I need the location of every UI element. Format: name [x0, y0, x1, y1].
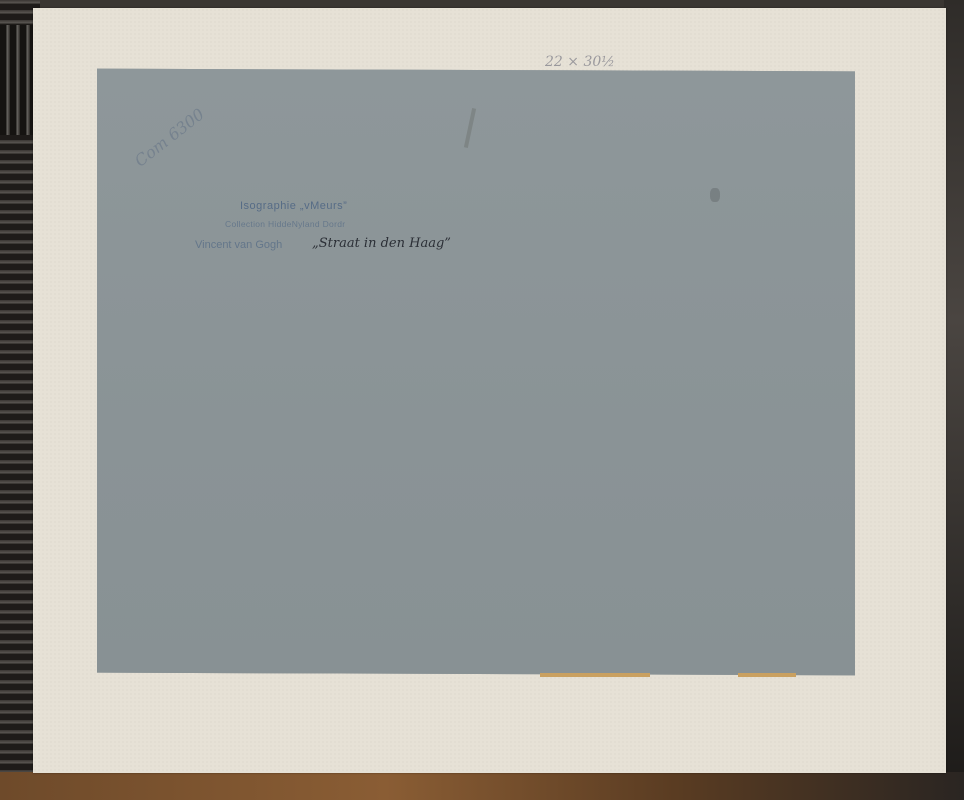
stamp-collection: Collection HiddeNyland Dordr	[225, 219, 345, 229]
smudge	[710, 188, 720, 202]
handwritten-title: „Straat in den Haag”	[312, 236, 451, 251]
tape-residue	[540, 673, 650, 677]
pencil-dimensions: 22 × 30½	[545, 54, 615, 70]
grey-backing-board	[97, 69, 855, 676]
stamp-publisher: Isographie „vMeurs”	[240, 200, 347, 212]
tape-residue	[738, 673, 796, 677]
background-books	[0, 25, 36, 135]
background-right	[944, 0, 964, 800]
stamp-artist: Vincent van Gogh	[195, 239, 282, 251]
background-table	[0, 772, 964, 800]
